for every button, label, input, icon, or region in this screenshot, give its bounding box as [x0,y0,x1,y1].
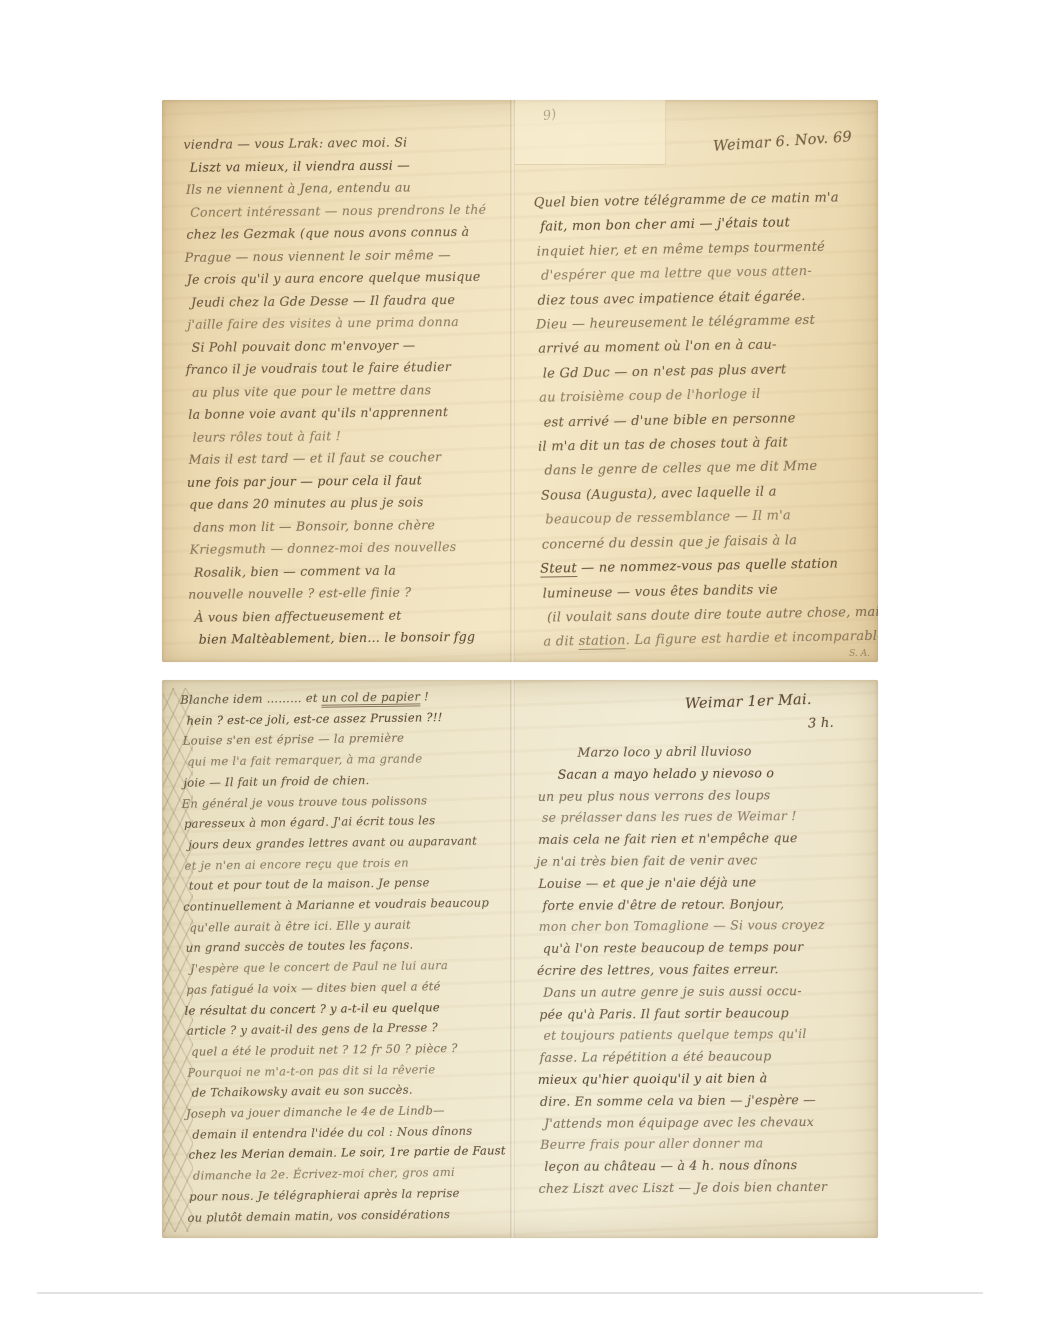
handwriting-line: pée qu'à Paris. Il faut sortir beaucoup [539,1001,878,1025]
letter-1-left-page: viendra — vous Lrak: avec moi. SiLiszt v… [162,100,511,662]
handwriting-line: dire. En somme cela va bien — j'espère — [540,1088,878,1112]
handwriting-lines: Quel bien votre télégramme de ce matin m… [515,100,878,662]
letter-2-right-page: Weimar 1er Mai. 3 h. Marzo loco y abril … [515,680,878,1238]
handwriting-lines: Marzo loco y abril lluviosoSacan a mayo … [515,680,878,1238]
handwriting-line: et toujours patients quelque temps qu'il [543,1023,878,1047]
handwriting-line: À vous bien affectueusement et [194,603,511,629]
handwriting-line: Kriegsmuth — donnez-moi des nouvelles [190,535,511,561]
handwriting-lines: Blanche idem ……… et un col de papier !he… [162,680,511,1238]
handwriting-line: Concert intéressant — nous prendrons le … [190,198,511,224]
letter-2-left-page: Blanche idem ……… et un col de papier !he… [162,680,511,1238]
handwriting-line: franco il je voudrais tout le faire étud… [186,355,511,381]
handwriting-line: forte envie d'être de retour. Bonjour, [542,892,878,916]
handwriting-line: Jeudi chez la Gde Desse — Il faudra que [191,288,511,314]
corner-initials: S. A. [849,649,870,659]
handwriting-line: la bonne voie avant qu'ils n'apprennent [188,400,511,426]
letter-scan-2: Blanche idem ……… et un col de papier !he… [162,680,878,1238]
handwriting-line: leurs rôles tout à fait ! [192,423,511,449]
handwriting-line: j'aille faire des visites à une prima do… [187,310,511,336]
handwriting-line: Marzo loco y abril lluvioso [535,739,878,763]
handwriting-line: un peu plus nous verrons des loups [538,783,878,807]
handwriting-line: Beurre frais pour aller donner ma [540,1132,878,1156]
letter-1-right-page: 9) Weimar 6. Nov. 69 Quel bien votre tél… [515,100,878,662]
handwriting-line: je n'ai très bien fait de venir avec [536,848,878,872]
handwriting-line: au plus vite que pour le mettre dans [192,378,511,404]
handwriting-line: Si Pohl pouvait donc m'envoyer — [191,333,511,359]
handwriting-line: écrire des lettres, vous faites erreur. [537,957,878,981]
handwriting-line: Rosalik, bien — comment va la [194,558,511,584]
handwriting-line: une fois par jour — pour cela il faut [187,468,511,494]
handwriting-line: Sacan a mayo helado y nievoso o [542,761,878,785]
handwriting-line: que dans 20 minutes au plus je sois [189,490,511,516]
handwriting-line: Mais il est tard — et il faut se coucher [189,445,511,471]
handwriting-line: chez Liszt avec Liszt — Je dois bien cha… [538,1175,878,1199]
handwriting-line: Dans un autre genre je suis aussi occu- [543,979,878,1003]
handwriting-line: fasse. La répétition a été beaucoup [540,1045,878,1069]
handwriting-line: nouvelle nouvelle ? est-elle finie ? [188,580,511,606]
handwriting-line: leçon au château — à 4 h. nous dînons [544,1154,878,1178]
handwriting-line: mon cher bon Tomaglione — Si vous croyez [539,914,878,938]
handwriting-line: se prélasser dans les rues de Weimar ! [542,805,878,829]
handwriting-line: dans mon lit — Bonsoir, bonne chère [193,513,511,539]
handwriting-line: qu'à l'on reste beaucoup de temps pour [543,936,878,960]
handwriting-lines: viendra — vous Lrak: avec moi. SiLiszt v… [162,100,511,662]
handwriting-line: a dit station. La figure est hardie et i… [543,625,878,655]
handwriting-line: J'attends mon équipage avec les chevaux [544,1110,878,1134]
handwriting-line: mieux qu'hier quoiqu'il y ait bien à [538,1066,878,1090]
handwriting-line: ou plutôt demain matin, vos considératio… [187,1203,511,1228]
handwriting-line: mais cela ne fait rien et n'empêche que [538,827,878,851]
letter-scan-1: viendra — vous Lrak: avec moi. SiLiszt v… [162,100,878,662]
page-background: viendra — vous Lrak: avec moi. SiLiszt v… [0,0,1040,1338]
footer-divider [37,1292,983,1294]
handwriting-line: bien Maltèablement, bien… le bonsoir fgg [191,625,511,651]
handwriting-line: Liszt va mieux, il viendra aussi — [190,153,511,179]
handwriting-line: Louise — et que je n'aie déjà une [538,870,878,894]
